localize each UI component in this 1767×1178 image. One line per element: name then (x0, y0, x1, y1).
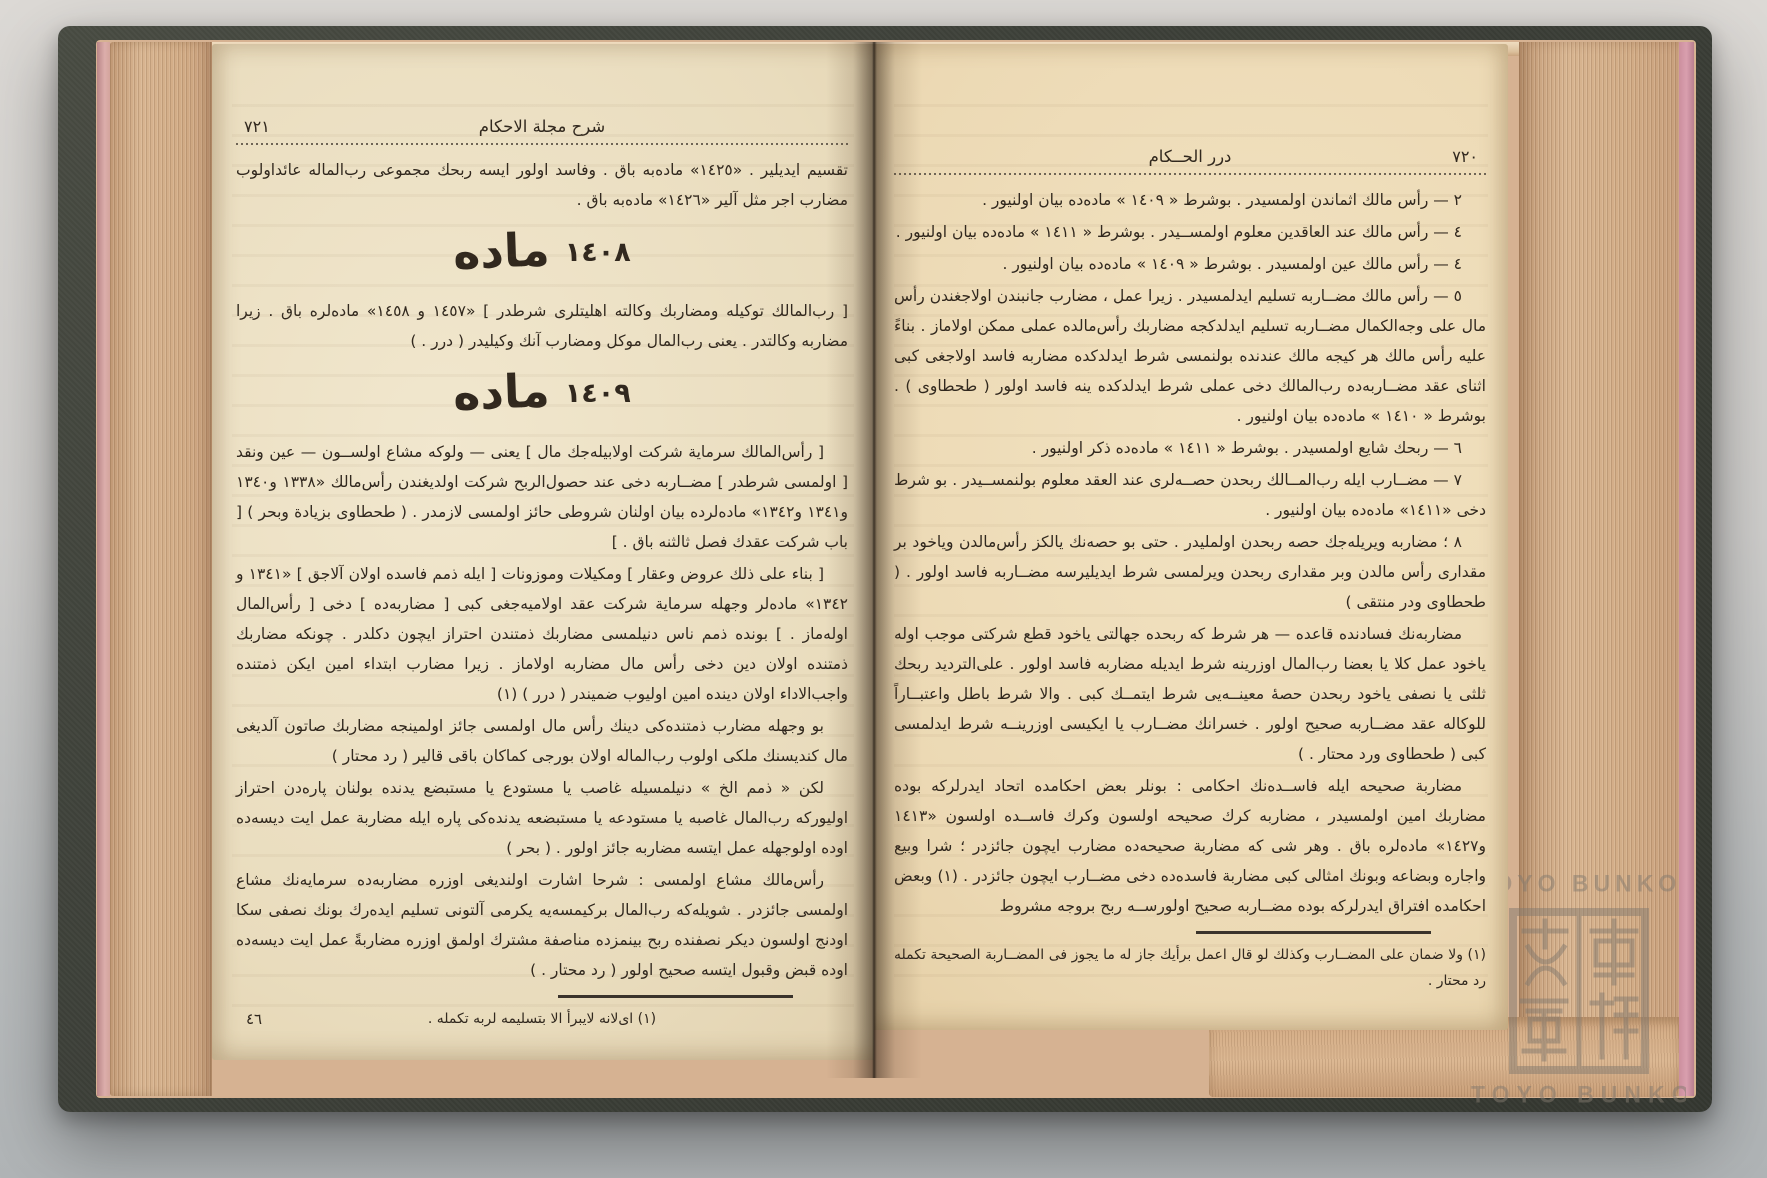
header-rule-right (894, 173, 1486, 175)
page-edge-pink-left (97, 42, 110, 1096)
right-page: درر الحــكام ٧٢٠ ٢ — رأس مالك اثماندن او… (874, 44, 1508, 1030)
photo-background: TOYO BUNKO (0, 0, 1767, 1178)
body-paragraph: رأس‌مالك مشاع اولمسى : شرحا اشارت اولندي… (236, 865, 848, 985)
article-word: ماده (452, 223, 550, 278)
footnote-rule-right (1196, 931, 1431, 934)
list-item: ٢ — رأس مالك اثماندن اولمسيدر . بوشرط « … (894, 185, 1486, 215)
article-heading-1409: ١٤٠٩ ماده (236, 366, 848, 429)
article-number: ١٤٠٨ (565, 237, 631, 268)
article-heading-1408: ١٤٠٨ ماده (236, 225, 848, 288)
toyo-bunko-seal (1508, 907, 1650, 1075)
body-paragraph: [ رب‌المالك توكيله ومضاربك وكالته اهليتل… (236, 296, 848, 356)
list-item: ٧ — مضــارب ايله رب‌المــالك ربحدن حصــه… (894, 465, 1486, 525)
body-paragraph: [ بناء على ذلك عروض وعقار ] ومكيلات وموز… (236, 559, 848, 709)
page-number-right: ٧٢٠ (1452, 144, 1478, 170)
body-paragraph: لكن « ذمم الخ » دنيلمسيله غاصب يا مستودع… (236, 773, 848, 863)
signature-mark: ٤٦ (246, 1004, 262, 1034)
body-paragraph: تقسيم ايديلير . «١٤٢٥» ماده‌به باق . وفا… (236, 155, 848, 215)
footnote-rule-left (558, 995, 793, 998)
article-number: ١٤٠٩ (565, 378, 631, 409)
list-item: ٤ — رأس مالك عند العاقدين معلوم اولمســي… (894, 217, 1486, 247)
list-item: ٥ — رأس مالك مضــاربه تسليم ايدلمسيدر . … (894, 281, 1486, 431)
body-paragraph: [ رأس‌المالك سرماية شركت اولابيله‌جك مال… (236, 437, 848, 557)
stamp-text-bottom: TOYO BUNKO (1471, 1080, 1686, 1108)
running-head-right: درر الحــكام ٧٢٠ (894, 144, 1486, 170)
book: TOYO BUNKO (58, 26, 1712, 1112)
header-rule-left (236, 143, 848, 145)
footnote-right: (١) ولا ضمان على المضــارب وكذلك لو قال … (894, 942, 1486, 994)
body-paragraph: بو وجهله مضارب ذمتنده‌كى دينك رأس مال او… (236, 711, 848, 771)
body-paragraph: مضاربه‌نك فسادنده قاعده — هر شرط كه ربحد… (894, 619, 1486, 769)
footnote-left: (١) اى‌لانه لايبرأ الا بتسليمه لربه تكمل… (236, 1006, 848, 1032)
list-item: ٦ — ربحك شايع اولمسيدر . بوشرط « ١٤١١ » … (894, 433, 1486, 463)
list-item: ٤ — رأس مالك عين اولمسيدر . بوشرط « ١٤٠٩… (894, 249, 1486, 279)
page-edge-left (110, 42, 212, 1096)
list-item: ٨ ؛ مضاربه ويريله‌جك حصه ربحدن اولمليدر … (894, 527, 1486, 617)
article-word: ماده (452, 364, 550, 419)
running-title-right: درر الحــكام (1149, 147, 1232, 166)
body-paragraph: مضاربة صحيحه ايله فاســده‌نك احكامى : بو… (894, 771, 1486, 921)
left-page: ٧٢١ شرح مجلة الاحكام تقسيم ايديلير . «١٤… (212, 44, 874, 1060)
running-title-left: شرح مجلة الاحكام (479, 117, 605, 136)
page-number-left: ٧٢١ (244, 114, 270, 140)
running-head-left: ٧٢١ شرح مجلة الاحكام (236, 114, 848, 140)
